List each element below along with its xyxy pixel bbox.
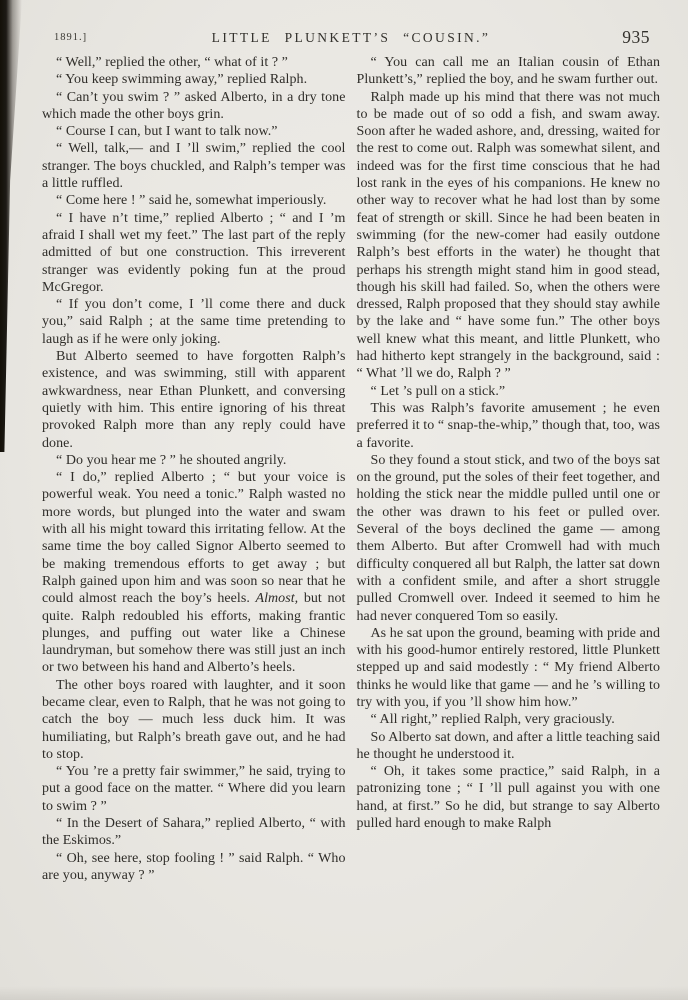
paragraph: But Alberto seemed to have forgotten Ral… bbox=[42, 348, 346, 452]
text-segment: “ All right,” replied Ralph, very gracio… bbox=[371, 712, 615, 727]
text-segment: “ Oh, it takes some practice,” said Ralp… bbox=[357, 764, 661, 831]
text-segment: So they found a stout stick, and two of … bbox=[357, 453, 661, 624]
text-segment: “ I have n’t time,” replied Alberto ; “ … bbox=[42, 211, 346, 295]
left-column: “ Well,” replied the other, “ what of it… bbox=[42, 54, 346, 884]
text-segment: “ Come here ! ” said he, somewhat imperi… bbox=[56, 193, 326, 208]
paragraph: “ I have n’t time,” replied Alberto ; “ … bbox=[42, 210, 346, 296]
text-segment: “ Can’t you swim ? ” asked Alberto, in a… bbox=[42, 90, 346, 122]
paragraph: “ Can’t you swim ? ” asked Alberto, in a… bbox=[42, 89, 346, 124]
text-segment: Ralph made up his mind that there was no… bbox=[357, 90, 661, 382]
text-segment: As he sat upon the ground, beaming with … bbox=[357, 626, 661, 710]
paragraph: This was Ralph’s favorite amusement ; he… bbox=[357, 400, 661, 452]
paragraph: “ If you don’t come, I ’ll come there an… bbox=[42, 296, 346, 348]
text-segment: “ You keep swimming away,” replied Ralph… bbox=[56, 72, 307, 87]
paragraph: “ In the Desert of Sahara,” replied Albe… bbox=[42, 815, 346, 850]
scanned-page: 1891.] LITTLE PLUNKETT’S “COUSIN.” 935 “… bbox=[0, 0, 688, 1000]
header-date: 1891.] bbox=[54, 32, 87, 43]
text-segment: “ Course I can, but I want to talk now.” bbox=[56, 124, 278, 139]
paragraph: As he sat upon the ground, beaming with … bbox=[357, 625, 661, 711]
text-segment: “ In the Desert of Sahara,” replied Albe… bbox=[42, 816, 346, 848]
text-columns: “ Well,” replied the other, “ what of it… bbox=[42, 54, 660, 884]
text-segment: “ Well,” replied the other, “ what of it… bbox=[56, 55, 288, 70]
paragraph: So they found a stout stick, and two of … bbox=[357, 452, 661, 625]
paragraph: “ You can call me an Italian cousin of E… bbox=[357, 54, 661, 89]
text-segment: “ Do you hear me ? ” he shouted angrily. bbox=[56, 453, 286, 468]
paragraph: “ All right,” replied Ralph, very gracio… bbox=[357, 711, 661, 728]
text-segment: “ Oh, see here, stop fooling ! ” said Ra… bbox=[42, 851, 346, 883]
right-column: “ You can call me an Italian cousin of E… bbox=[357, 54, 661, 884]
text-segment: “ You ’re a pretty fair swimmer,” he sai… bbox=[42, 764, 346, 814]
text-segment: So Alberto sat down, and after a little … bbox=[357, 730, 661, 762]
paragraph: So Alberto sat down, and after a little … bbox=[357, 729, 661, 764]
paragraph: “ You keep swimming away,” replied Ralph… bbox=[42, 71, 346, 88]
text-segment: “ If you don’t come, I ’ll come there an… bbox=[42, 297, 346, 347]
paragraph: Ralph made up his mind that there was no… bbox=[357, 89, 661, 383]
text-segment: The other boys roared with laughter, and… bbox=[42, 678, 346, 762]
page-header: 1891.] LITTLE PLUNKETT’S “COUSIN.” 935 bbox=[42, 27, 660, 55]
paragraph: “ Come here ! ” said he, somewhat imperi… bbox=[42, 192, 346, 209]
page-number: 935 bbox=[622, 27, 650, 48]
paragraph: “ Oh, it takes some practice,” said Ralp… bbox=[357, 763, 661, 832]
paragraph: “ Let ’s pull on a stick.” bbox=[357, 383, 661, 400]
bottom-edge-shade bbox=[0, 986, 688, 1000]
text-segment: “ Let ’s pull on a stick.” bbox=[371, 384, 506, 399]
text-segment: “ You can call me an Italian cousin of E… bbox=[357, 55, 661, 87]
scan-gutter-shadow bbox=[0, 0, 22, 452]
text-segment: This was Ralph’s favorite amusement ; he… bbox=[357, 401, 661, 451]
paragraph: “ Course I can, but I want to talk now.” bbox=[42, 123, 346, 140]
paragraph: “ Do you hear me ? ” he shouted angrily. bbox=[42, 452, 346, 469]
text-segment: Almost, bbox=[255, 591, 298, 606]
text-segment: “ I do,” replied Alberto ; “ but your vo… bbox=[42, 470, 346, 606]
paragraph: “ I do,” replied Alberto ; “ but your vo… bbox=[42, 469, 346, 677]
page-title: LITTLE PLUNKETT’S “COUSIN.” bbox=[42, 27, 660, 46]
text-segment: “ Well, talk,— and I ’ll swim,” replied … bbox=[42, 141, 346, 191]
paragraph: The other boys roared with laughter, and… bbox=[42, 677, 346, 763]
paragraph: “ Oh, see here, stop fooling ! ” said Ra… bbox=[42, 850, 346, 885]
text-segment: But Alberto seemed to have forgotten Ral… bbox=[42, 349, 346, 450]
paragraph: “ You ’re a pretty fair swimmer,” he sai… bbox=[42, 763, 346, 815]
paragraph: “ Well, talk,— and I ’ll swim,” replied … bbox=[42, 140, 346, 192]
paragraph: “ Well,” replied the other, “ what of it… bbox=[42, 54, 346, 71]
